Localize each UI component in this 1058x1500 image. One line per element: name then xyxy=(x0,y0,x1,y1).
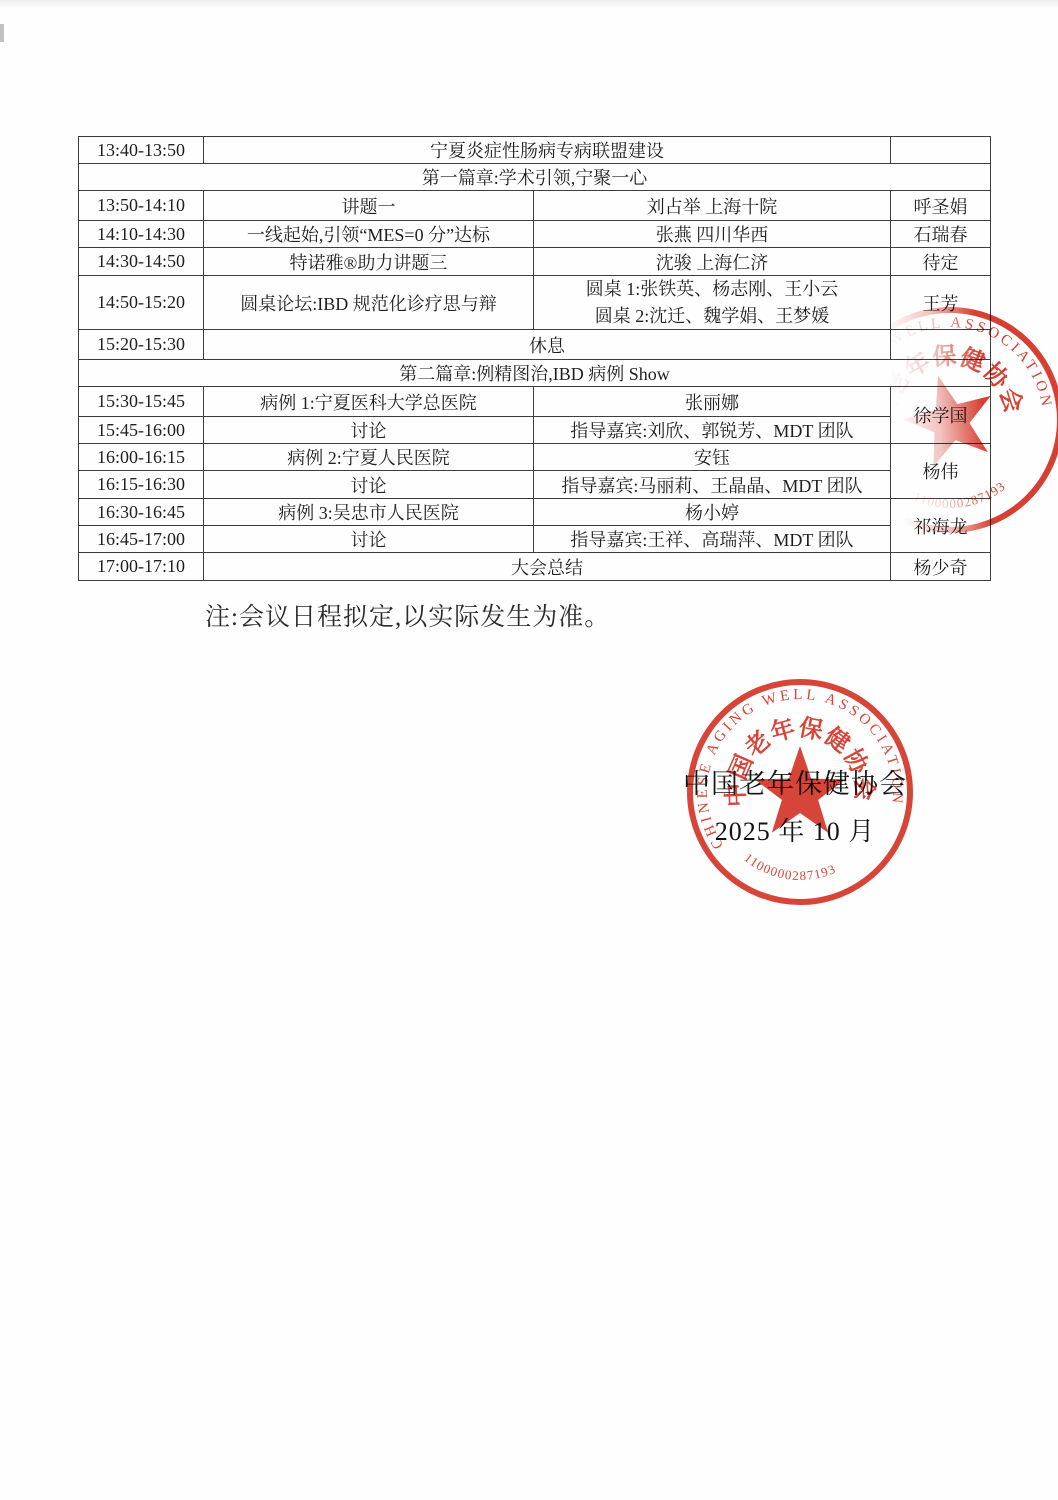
time-cell: 15:30-15:45 xyxy=(79,387,204,417)
table-row: 13:40-13:50 宁夏炎症性肠病专病联盟建设 xyxy=(79,137,991,164)
scan-edge-mark xyxy=(0,24,4,42)
content-cell: 讨论 xyxy=(204,526,534,553)
svg-text:1100000287193: 1100000287193 xyxy=(908,466,1010,523)
speaker-cell: 圆桌 1:张铁英、杨志刚、王小云 圆桌 2:沈迁、魏学娟、王梦媛 xyxy=(534,276,891,330)
speaker-cell: 杨小婷 xyxy=(534,499,891,526)
time-cell: 16:15-16:30 xyxy=(79,471,204,499)
host-cell: 呼圣娟 xyxy=(891,191,991,221)
host-cell: 杨少奇 xyxy=(891,553,991,581)
time-cell: 13:40-13:50 xyxy=(79,137,204,164)
table-row: 14:10-14:30 一线起始,引领“MES=0 分”达标 张燕 四川华西 石… xyxy=(79,221,991,248)
speaker-cell: 指导嘉宾:王祥、高瑞萍、MDT 团队 xyxy=(534,526,891,553)
section-title: 第一篇章:学术引领,宁聚一心 xyxy=(79,164,991,191)
stamp-main-seal: CHINESE AGING WELL ASSOCIATION 110000028… xyxy=(680,672,920,912)
speaker-cell: 沈骏 上海仁济 xyxy=(534,248,891,276)
time-cell: 16:45-17:00 xyxy=(79,526,204,553)
table-row: 16:45-17:00 讨论 指导嘉宾:王祥、高瑞萍、MDT 团队 xyxy=(79,526,991,553)
content-cell: 特诺雅®助力讲题三 xyxy=(204,248,534,276)
table-row: 14:30-14:50 特诺雅®助力讲题三 沈骏 上海仁济 待定 xyxy=(79,248,991,276)
host-cell xyxy=(891,137,991,164)
content-cell: 一线起始,引领“MES=0 分”达标 xyxy=(204,221,534,248)
content-cell: 讲题一 xyxy=(204,191,534,221)
content-cell: 病例 1:宁夏医科大学总医院 xyxy=(204,387,534,417)
content-cell: 讨论 xyxy=(204,471,534,499)
speaker-cell: 张燕 四川华西 xyxy=(534,221,891,248)
roundtable-line-1: 圆桌 1:张铁英、杨志刚、王小云 xyxy=(536,276,888,302)
time-cell: 14:30-14:50 xyxy=(79,248,204,276)
speaker-cell: 指导嘉宾:马丽莉、王晶晶、MDT 团队 xyxy=(534,471,891,499)
content-cell: 病例 2:宁夏人民医院 xyxy=(204,444,534,471)
content-cell: 病例 3:吴忠市人民医院 xyxy=(204,499,534,526)
speaker-cell: 刘占举 上海十院 xyxy=(534,191,891,221)
document-page: 13:40-13:50 宁夏炎症性肠病专病联盟建设 第一篇章:学术引领,宁聚一心… xyxy=(0,0,1058,1500)
svg-text:1100000287193: 1100000287193 xyxy=(741,850,838,883)
content-cell: 圆桌论坛:IBD 规范化诊疗思与辩 xyxy=(204,276,534,330)
content-cell: 宁夏炎症性肠病专病联盟建设 xyxy=(204,137,891,164)
host-cell: 石瑞春 xyxy=(891,221,991,248)
agenda-note: 注:会议日程拟定,以实际发生为准。 xyxy=(205,597,610,633)
time-cell: 15:45-16:00 xyxy=(79,417,204,444)
section-row: 第一篇章:学术引领,宁聚一心 xyxy=(79,164,991,191)
time-cell: 16:30-16:45 xyxy=(79,499,204,526)
time-cell: 17:00-17:10 xyxy=(79,553,204,581)
content-cell: 休息 xyxy=(204,330,891,360)
scan-edge-artifact xyxy=(0,0,1058,9)
time-cell: 13:50-14:10 xyxy=(79,191,204,221)
content-cell: 讨论 xyxy=(204,417,534,444)
roundtable-line-2: 圆桌 2:沈迁、魏学娟、王梦媛 xyxy=(536,303,888,329)
content-cell: 大会总结 xyxy=(204,553,891,581)
table-row: 13:50-14:10 讲题一 刘占举 上海十院 呼圣娟 xyxy=(79,191,991,221)
host-cell: 待定 xyxy=(891,248,991,276)
star-icon xyxy=(754,746,845,833)
time-cell: 16:00-16:15 xyxy=(79,444,204,471)
table-row: 17:00-17:10 大会总结 杨少奇 xyxy=(79,553,991,581)
time-cell: 14:10-14:30 xyxy=(79,221,204,248)
time-cell: 14:50-15:20 xyxy=(79,276,204,330)
time-cell: 15:20-15:30 xyxy=(79,330,204,360)
